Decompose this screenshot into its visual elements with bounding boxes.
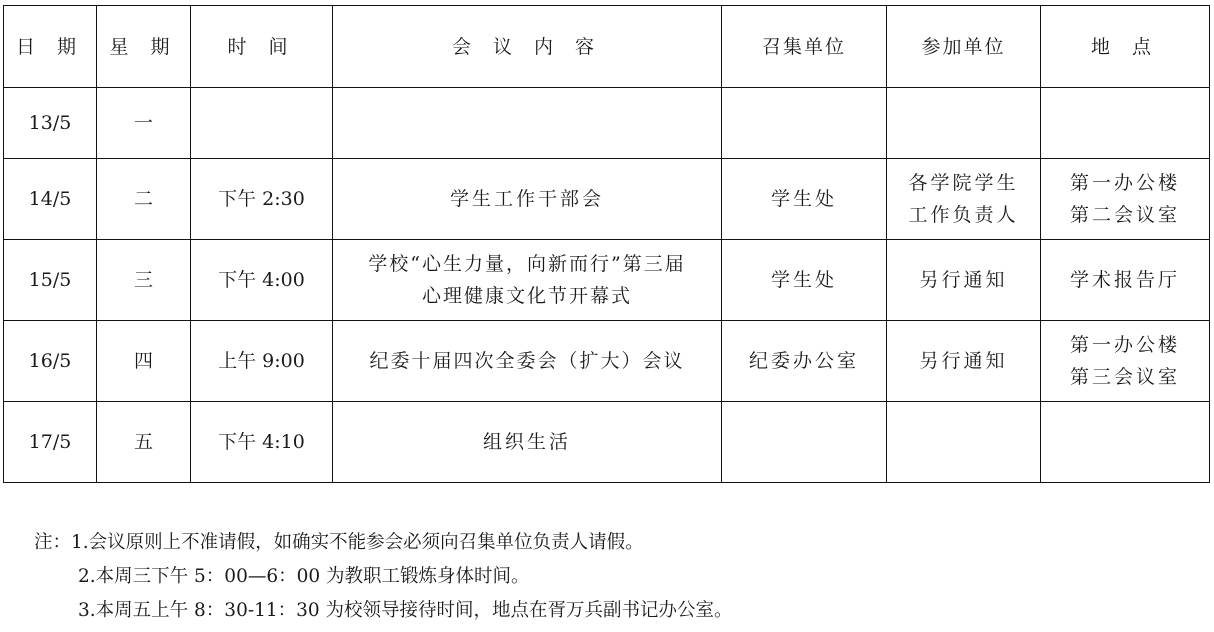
cell-location: 第一办公楼第三会议室 [1041,321,1210,402]
cell-time: 下午 2:30 [191,159,333,240]
header-content: 会 议 内 容 [333,6,722,88]
cell-content: 学校“心生力量，向新而行”第三届心理健康文化节开幕式 [333,240,722,321]
cell-time: 下午 4:10 [191,402,333,483]
cell-attendees [887,88,1041,159]
header-attendees: 参加单位 [887,6,1041,88]
cell-time: 下午 4:00 [191,240,333,321]
header-location: 地 点 [1041,6,1210,88]
header-weekday: 星 期 [97,6,191,88]
cell-location: 第一办公楼第二会议室 [1041,159,1210,240]
cell-date: 14/5 [4,159,97,240]
cell-attendees: 各学院学生工作负责人 [887,159,1041,240]
cell-convener: 学生处 [722,240,887,321]
cell-convener: 纪委办公室 [722,321,887,402]
notes-section: 注：1.会议原则上不准请假，如确实不能参会必须向召集单位负责人请假。 2.本周三… [34,526,733,628]
meeting-schedule-table: 日 期 星 期 时 间 会 议 内 容 召集单位 参加单位 地 点 13/5 一… [3,5,1210,483]
table-header-row: 日 期 星 期 时 间 会 议 内 容 召集单位 参加单位 地 点 [4,6,1210,88]
header-convener: 召集单位 [722,6,887,88]
note-item: 3.本周五上午 8：30-11：30 为校领导接待时间，地点在胥万兵副书记办公室… [34,594,733,628]
cell-date: 13/5 [4,88,97,159]
cell-content: 纪委十届四次全委会（扩大）会议 [333,321,722,402]
table-row: 17/5 五 下午 4:10 组织生活 [4,402,1210,483]
cell-location [1041,402,1210,483]
note-item: 2.本周三下午 5：00—6：00 为教职工锻炼身体时间。 [34,560,733,594]
cell-content: 学生工作干部会 [333,159,722,240]
header-time: 时 间 [191,6,333,88]
cell-convener: 学生处 [722,159,887,240]
table-row: 14/5 二 下午 2:30 学生工作干部会 学生处 各学院学生工作负责人 第一… [4,159,1210,240]
table-row: 15/5 三 下午 4:00 学校“心生力量，向新而行”第三届心理健康文化节开幕… [4,240,1210,321]
cell-location: 学术报告厅 [1041,240,1210,321]
cell-time [191,88,333,159]
cell-weekday: 五 [97,402,191,483]
cell-time: 上午 9:00 [191,321,333,402]
header-date: 日 期 [4,6,97,88]
cell-content [333,88,722,159]
cell-weekday: 一 [97,88,191,159]
cell-convener [722,88,887,159]
cell-attendees: 另行通知 [887,321,1041,402]
cell-attendees [887,402,1041,483]
cell-date: 17/5 [4,402,97,483]
cell-convener [722,402,887,483]
cell-weekday: 三 [97,240,191,321]
table-row: 16/5 四 上午 9:00 纪委十届四次全委会（扩大）会议 纪委办公室 另行通… [4,321,1210,402]
note-item: 注：1.会议原则上不准请假，如确实不能参会必须向召集单位负责人请假。 [34,526,733,560]
table-row: 13/5 一 [4,88,1210,159]
cell-content: 组织生活 [333,402,722,483]
notes-prefix: 注： [34,532,71,553]
cell-date: 15/5 [4,240,97,321]
cell-weekday: 四 [97,321,191,402]
cell-weekday: 二 [97,159,191,240]
cell-attendees: 另行通知 [887,240,1041,321]
cell-date: 16/5 [4,321,97,402]
cell-location [1041,88,1210,159]
